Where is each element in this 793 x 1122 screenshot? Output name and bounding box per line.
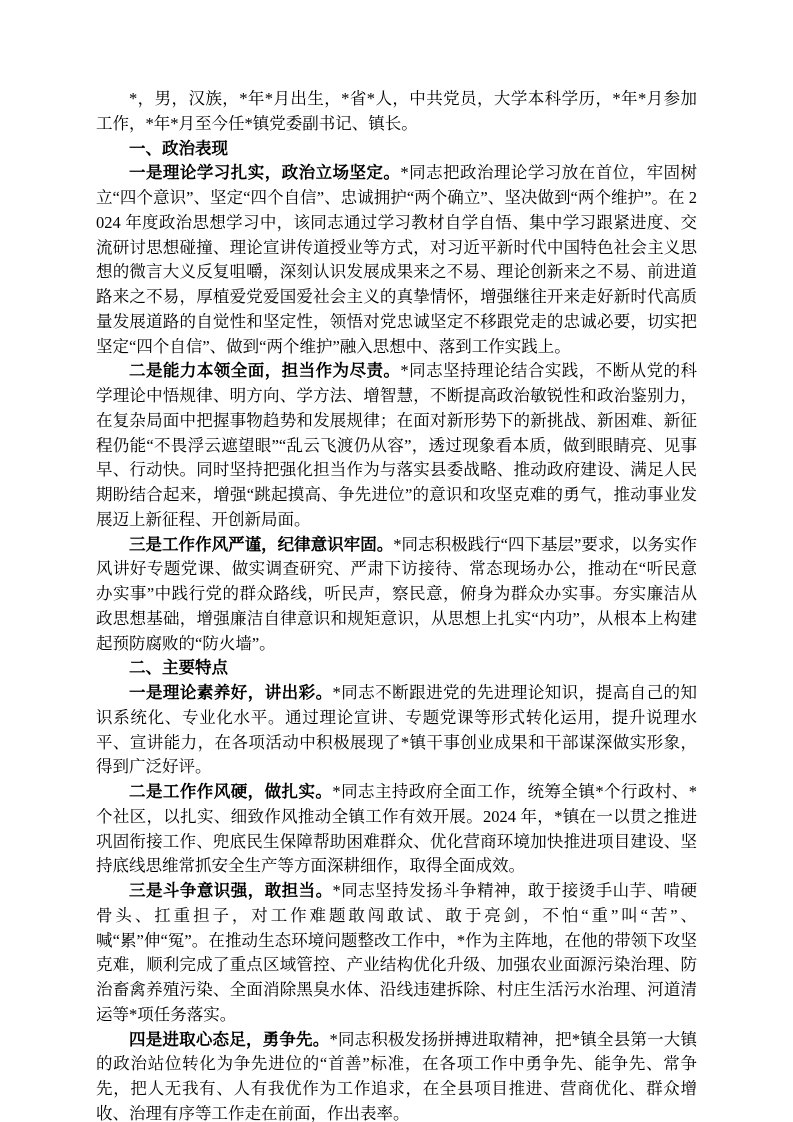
document-page: *，男，汉族，*年*月出生，*省*人，中共党员，大学本科学历，*年*月参加工作，… — [0, 0, 793, 1122]
section-1-item-1-body: *同志把政治理论学习放在首位，牢固树立“四个意识”、坚定“四个自信”、忠诚拥护“… — [96, 163, 697, 355]
section-1-item-3: 三是工作作风严谨，纪律意识牢固。*同志积极践行“四下基层”要求，以务实作风讲好专… — [96, 533, 697, 657]
section-2-item-2: 二是工作作风硬，做扎实。*同志主持政府全面工作，统筹全镇*个行政村、*个社区，以… — [96, 780, 697, 879]
section-2-item-2-lead: 二是工作作风硬，做扎实。 — [129, 782, 332, 801]
intro-paragraph: *，男，汉族，*年*月出生，*省*人，中共党员，大学本科学历，*年*月参加工作，… — [96, 87, 697, 137]
section-2-heading: 二、主要特点 — [96, 656, 697, 681]
section-2-item-4: 四是进取心态足，勇争先。*同志积极发扬拼搏进取精神，把*镇全县第一大镇的政治站位… — [96, 1028, 697, 1122]
section-2-item-3-body: *同志坚持发扬斗争精神，敢于接烫手山芋、啃硬骨头、扛重担子，对工作难题敢闯敢试、… — [96, 881, 697, 1024]
section-2-item-1-lead: 一是理论素养好，讲出彩。 — [129, 683, 333, 702]
section-2-item-3: 三是斗争意识强，敢担当。*同志坚持发扬斗争精神，敢于接烫手山芋、啃硬骨头、扛重担… — [96, 879, 697, 1028]
section-1-item-2: 二是能力本领全面，担当作为尽责。*同志坚持理论结合实践，不断从党的科学理论中悟规… — [96, 359, 697, 532]
section-1-heading: 一、政治表现 — [96, 137, 697, 162]
section-2-item-1: 一是理论素养好，讲出彩。*同志不断跟进党的先进理论知识，提高自己的知识系统化、专… — [96, 681, 697, 780]
section-2-item-3-lead: 三是斗争意识强，敢担当。 — [129, 881, 333, 900]
section-2-item-4-lead: 四是进取心态足，勇争先。 — [129, 1030, 329, 1049]
section-1-item-3-lead: 三是工作作风严谨，纪律意识牢固。 — [129, 535, 393, 554]
intro-text: *，男，汉族，*年*月出生，*省*人，中共党员，大学本科学历，*年*月参加工作，… — [96, 89, 697, 133]
section-1-item-2-body: *同志坚持理论结合实践，不断从党的科学理论中悟规律、明方向、学方法、增智慧，不断… — [96, 361, 697, 529]
section-1-item-1: 一是理论学习扎实，政治立场坚定。*同志把政治理论学习放在首位，牢固树立“四个意识… — [96, 161, 697, 359]
section-1-item-1-lead: 一是理论学习扎实，政治立场坚定。 — [129, 163, 400, 182]
section-1-item-2-lead: 二是能力本领全面，担当作为尽责。 — [129, 361, 400, 380]
